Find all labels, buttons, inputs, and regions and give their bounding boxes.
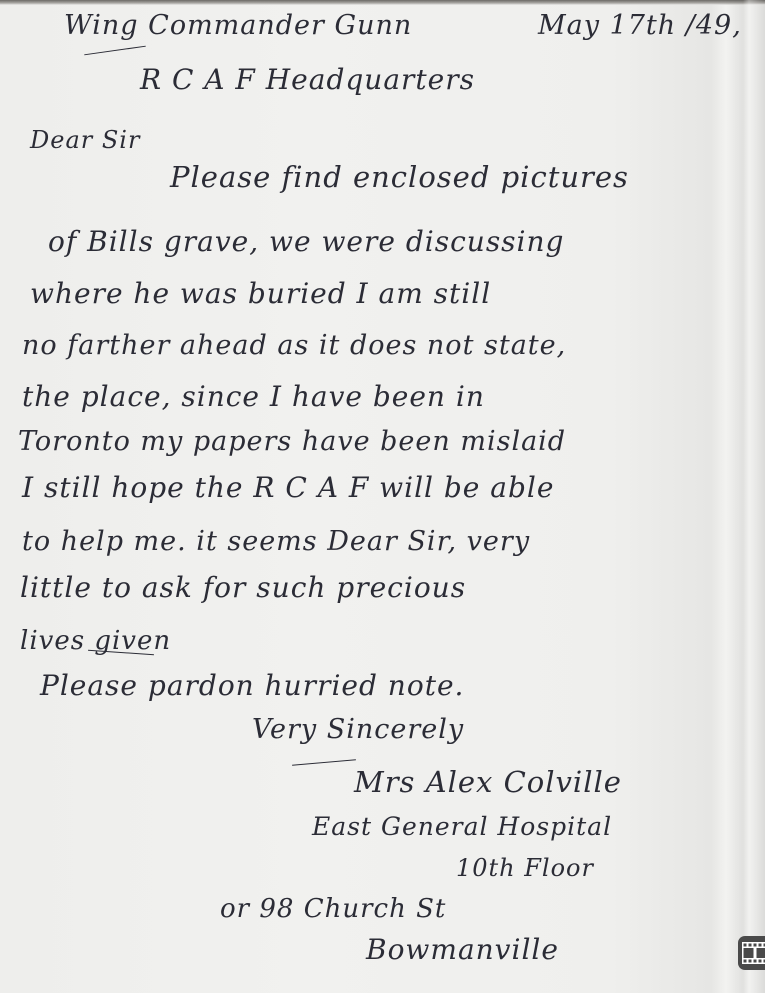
body-line-11: Please pardon hurried note. — [40, 672, 464, 700]
address-line-3: or 98 Church St — [220, 896, 446, 922]
body-line-4: no farther ahead as it does not state, — [22, 332, 566, 359]
salutation: Dear Sir — [30, 128, 140, 152]
page-fold-shadow — [725, 0, 765, 993]
film-icon — [742, 942, 765, 964]
body-line-8: to help me. it seems Dear Sir, very — [22, 528, 530, 555]
body-line-1: Please find enclosed pictures — [170, 163, 629, 192]
body-line-3: where he was buried I am still — [30, 280, 491, 308]
body-line-6: Toronto my papers have been mislaid — [18, 428, 566, 455]
page-top-edge — [0, 0, 765, 5]
letter-page: Wing Commander Gunn May 17th /49, R C A … — [0, 0, 765, 993]
organization-line: R C A F Headquarters — [140, 66, 475, 94]
signature: Mrs Alex Colville — [354, 768, 622, 797]
body-line-9: little to ask for such precious — [20, 574, 466, 602]
recipient-underline — [84, 46, 146, 56]
recipient-line: Wing Commander Gunn — [64, 12, 412, 39]
address-line-2: 10th Floor — [456, 856, 594, 880]
date-line: May 17th /49, — [538, 12, 742, 39]
closing-underline — [292, 759, 356, 766]
body-line-7: I still hope the R C A F will be able — [22, 474, 554, 502]
address-line-4: Bowmanville — [366, 936, 559, 964]
film-badge[interactable] — [738, 936, 765, 970]
body-line-2: of Bills grave, we were discussing — [48, 228, 564, 256]
address-line-1: East General Hospital — [312, 814, 612, 839]
closing: Very Sincerely — [252, 716, 464, 743]
body-line-5: the place, since I have been in — [22, 383, 485, 411]
